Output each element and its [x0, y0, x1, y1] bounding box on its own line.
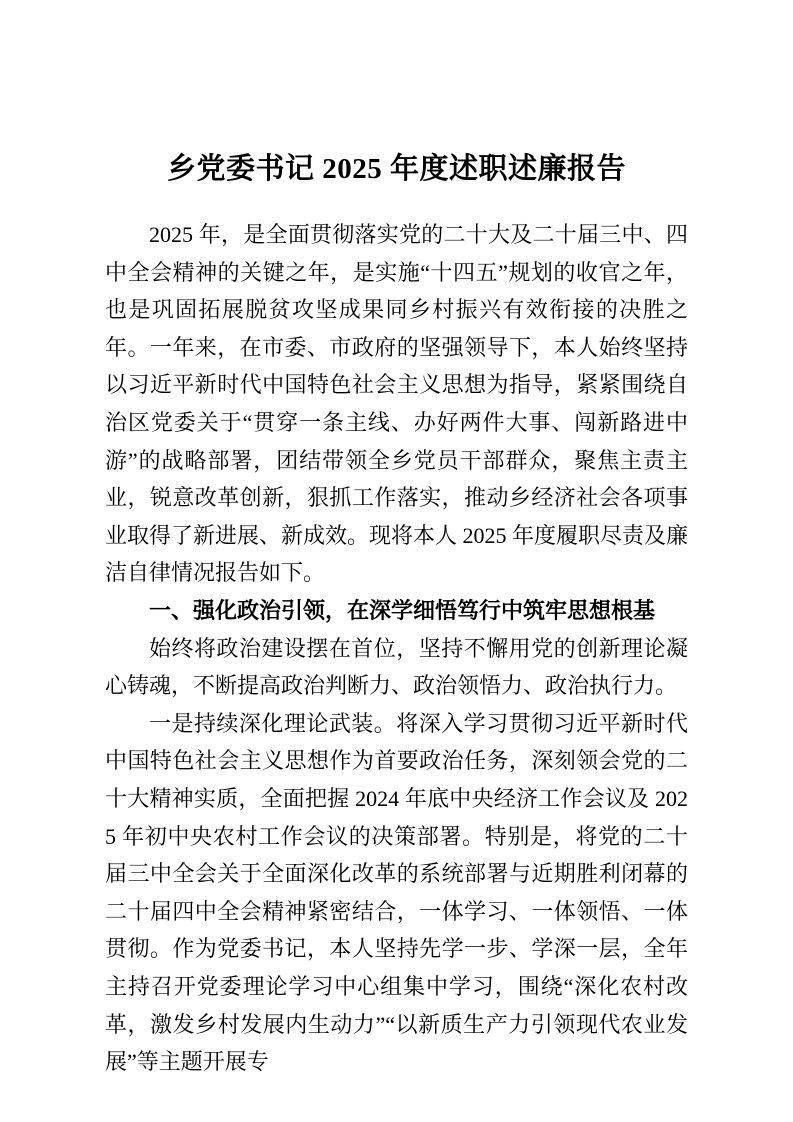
section-heading: 一、强化政治引领，在深学细悟笃行中筑牢思想根基 [105, 592, 688, 630]
paragraph: 始终将政治建设摆在首位，坚持不懈用党的创新理论凝心铸魂，不断提高政治判断力、政治… [105, 630, 688, 705]
paragraph: 一是持续深化理论武装。将深入学习贯彻习近平新时代中国特色社会主义思想作为首要政治… [105, 705, 688, 1081]
document-page: 乡党委书记 2025 年度述职述廉报告 2025 年，是全面贯彻落实党的二十大及… [0, 0, 793, 1122]
paragraph: 2025 年，是全面贯彻落实党的二十大及二十届三中、四中全会精神的关键之年，是实… [105, 216, 688, 592]
document-title: 乡党委书记 2025 年度述职述廉报告 [105, 148, 688, 190]
document-body: 2025 年，是全面贯彻落实党的二十大及二十届三中、四中全会精神的关键之年，是实… [105, 216, 688, 1081]
